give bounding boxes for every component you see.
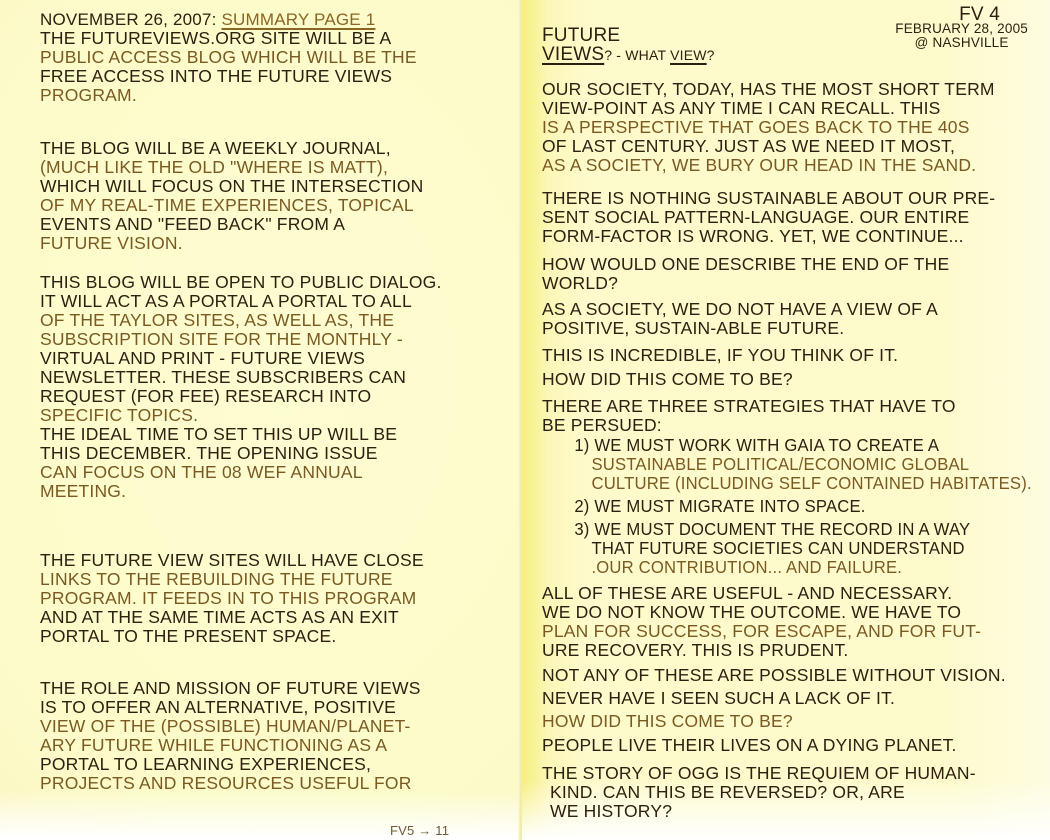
text-line: we history?: [542, 802, 976, 821]
strategies-list: 1) We must work with Gaia to create a su…: [542, 436, 1050, 577]
right-paragraph-1: Our society, today, has the most short t…: [542, 80, 995, 175]
text-line: How did this come to be?: [542, 712, 793, 731]
text-line: We must work with Gaia to create a: [594, 435, 939, 455]
text-line: specific topics.: [40, 406, 442, 425]
text-line: We must migrate into space.: [594, 496, 865, 516]
text-line: world?: [542, 274, 949, 293]
text-line: sent social pattern-language. Our entire: [542, 208, 995, 227]
text-line: We must document the record in a way: [594, 519, 970, 539]
text-line: This is incredible, if you think of it.: [542, 346, 898, 365]
text-line: program.: [40, 86, 417, 105]
title-subtitle: ? - What: [604, 47, 670, 63]
text-line: This blog will be open to public dialog.: [40, 273, 442, 292]
right-paragraph-9: Not any of these are possible without Vi…: [542, 666, 1006, 685]
text-line: links to the Rebuilding the Future: [40, 570, 424, 589]
title-word-views: Views: [542, 44, 604, 65]
text-line: There is nothing sustainable about our p…: [542, 189, 995, 208]
right-page-date: February 28, 2005: [895, 22, 1028, 36]
right-page-location: @ Nashville: [895, 36, 1028, 50]
right-paragraph-12: People live their lives on a dying plane…: [542, 736, 957, 755]
text-line: Our society, today, has the most short t…: [542, 80, 995, 99]
text-line: The Future View sites will have close: [40, 551, 424, 570]
text-line: can focus on the 08 WEF annual: [40, 463, 442, 482]
text-line: ary future while functioning as a: [40, 736, 421, 755]
left-page-date: November 26, 2007:: [40, 10, 217, 29]
text-line: of the Taylor sites, as well as, the: [40, 311, 442, 330]
left-page-title: Summary Page 1: [221, 10, 375, 29]
right-paragraph-4: As a society, we do not have a view of a…: [542, 300, 938, 338]
left-page-continuation-note: FV5 → 11: [390, 823, 449, 838]
title-question-mark: ?: [707, 47, 715, 63]
text-line: future vision.: [40, 234, 423, 253]
text-line: public access blog which will be the: [40, 48, 417, 67]
text-line: plan for success, for escape, and for fu…: [542, 622, 981, 641]
text-line: meeting.: [40, 482, 442, 501]
text-line: As a society, we do not have a view of a: [542, 300, 938, 319]
right-paragraph-10: Never have I seen such a lack of it.: [542, 689, 895, 708]
text-line: People live their lives on a dying plane…: [542, 736, 957, 755]
left-paragraph-4: The Future View sites will have close li…: [40, 551, 424, 646]
list-number: 3): [574, 519, 589, 539]
text-line: free access into the Future Views: [40, 67, 417, 86]
text-line: program. It feeds in to this program: [40, 589, 424, 608]
right-paragraph-11: How did this come to be?: [542, 712, 793, 731]
text-line: portal to the present space.: [40, 627, 424, 646]
text-line: ure recovery. This is prudent.: [542, 641, 981, 660]
text-line: events and "feed back" from a: [40, 215, 423, 234]
text-line: view of the (possible) human/planet-: [40, 717, 421, 736]
left-paragraph-5: The role and mission of Future Views is …: [40, 679, 421, 793]
text-line: It will act as a portal a portal to all: [40, 292, 442, 311]
text-line: of my real-time experiences, topical: [40, 196, 423, 215]
text-line: sustainable political/economic global: [542, 455, 1032, 474]
text-line: of last century. Just as we need it most…: [542, 137, 995, 156]
right-paragraph-8: All of these are useful - and necessary.…: [542, 584, 981, 660]
text-line: The role and mission of Future Views: [40, 679, 421, 698]
text-line: is a perspective that goes back to the 4…: [542, 118, 995, 137]
text-line: Not any of these are possible without Vi…: [542, 666, 1006, 685]
strategy-3: 3) We must document the record in a way: [542, 520, 1032, 539]
text-line: portal to learning experiences,: [40, 755, 421, 774]
right-paragraph-2: There is nothing sustainable about our p…: [542, 189, 995, 246]
text-line: There are three strategies that have to: [542, 397, 956, 416]
text-line: subscription site for the monthly -: [40, 330, 442, 349]
left-paragraph-3: This blog will be open to public dialog.…: [40, 273, 442, 501]
left-paragraph-2: The blog will be a weekly journal, (much…: [40, 139, 423, 253]
text-line: How would one describe the end of the: [542, 255, 949, 274]
left-page-header: November 26, 2007: Summary Page 1: [40, 10, 375, 30]
left-page: November 26, 2007: Summary Page 1 The Fu…: [0, 0, 520, 840]
list-number: 2): [574, 496, 589, 516]
right-paragraph-13: The story of OGG is the requiem of human…: [542, 764, 976, 821]
text-line: and at the same time acts as an exit: [40, 608, 424, 627]
text-line: The story of OGG is the requiem of human…: [542, 764, 976, 783]
text-line: projects and resources useful for: [40, 774, 421, 793]
text-line: that future societies can understand: [542, 539, 1032, 558]
text-line: The ideal time to set this up will be: [40, 425, 442, 444]
text-line: positive, sustain-able future.: [542, 319, 938, 338]
title-line: Future: [542, 26, 715, 45]
text-line: .our contribution... and failure.: [542, 558, 1032, 577]
text-line: How did this come to be?: [542, 370, 793, 389]
text-line: Never have I seen such a lack of it.: [542, 689, 895, 708]
text-line: We do not know the outcome. We have to: [542, 603, 981, 622]
text-line: which will focus on the intersection: [40, 177, 423, 196]
text-line: The blog will be a weekly journal,: [40, 139, 423, 158]
text-line: view-point as any time I can recall. Thi…: [542, 99, 995, 118]
text-line: be persued:: [542, 416, 956, 435]
title-word-view: View: [670, 47, 707, 63]
strategy-1: 1) We must work with Gaia to create a: [542, 436, 1032, 455]
text-line: this December. The opening issue: [40, 444, 442, 463]
strategy-2: 2) We must migrate into space.: [542, 497, 1032, 516]
text-line: kind. Can this be reversed? Or, are: [542, 783, 976, 802]
text-line: is to offer an alternative, positive: [40, 698, 421, 717]
text-line: form-factor is wrong. Yet, we continue..…: [542, 227, 995, 246]
text-line: newsletter. These subscribers can: [40, 368, 442, 387]
right-page: FV 4 February 28, 2005 @ Nashville Futur…: [522, 0, 1050, 840]
text-line: (much like the old "Where is Matt),: [40, 158, 423, 177]
right-paragraph-7: There are three strategies that have to …: [542, 397, 956, 435]
text-line: All of these are useful - and necessary.: [542, 584, 981, 603]
right-paragraph-3: How would one describe the end of the wo…: [542, 255, 949, 293]
list-number: 1): [574, 435, 589, 455]
text-line: virtual and print - Future Views: [40, 349, 442, 368]
right-paragraph-5: This is incredible, if you think of it.: [542, 346, 898, 365]
right-page-title: Future Views? - What View?: [542, 26, 715, 65]
text-line: request (for fee) research into: [40, 387, 442, 406]
text-line: The FutureViews.org site will be a: [40, 29, 417, 48]
right-paragraph-6: How did this come to be?: [542, 370, 793, 389]
right-page-dateline: February 28, 2005 @ Nashville: [895, 22, 1028, 50]
text-line: as a society, we bury our head in the sa…: [542, 156, 995, 175]
text-line: culture (including self contained habita…: [542, 474, 1032, 493]
left-paragraph-1: The FutureViews.org site will be a publi…: [40, 29, 417, 105]
notebook-spread: November 26, 2007: Summary Page 1 The Fu…: [0, 0, 1050, 840]
